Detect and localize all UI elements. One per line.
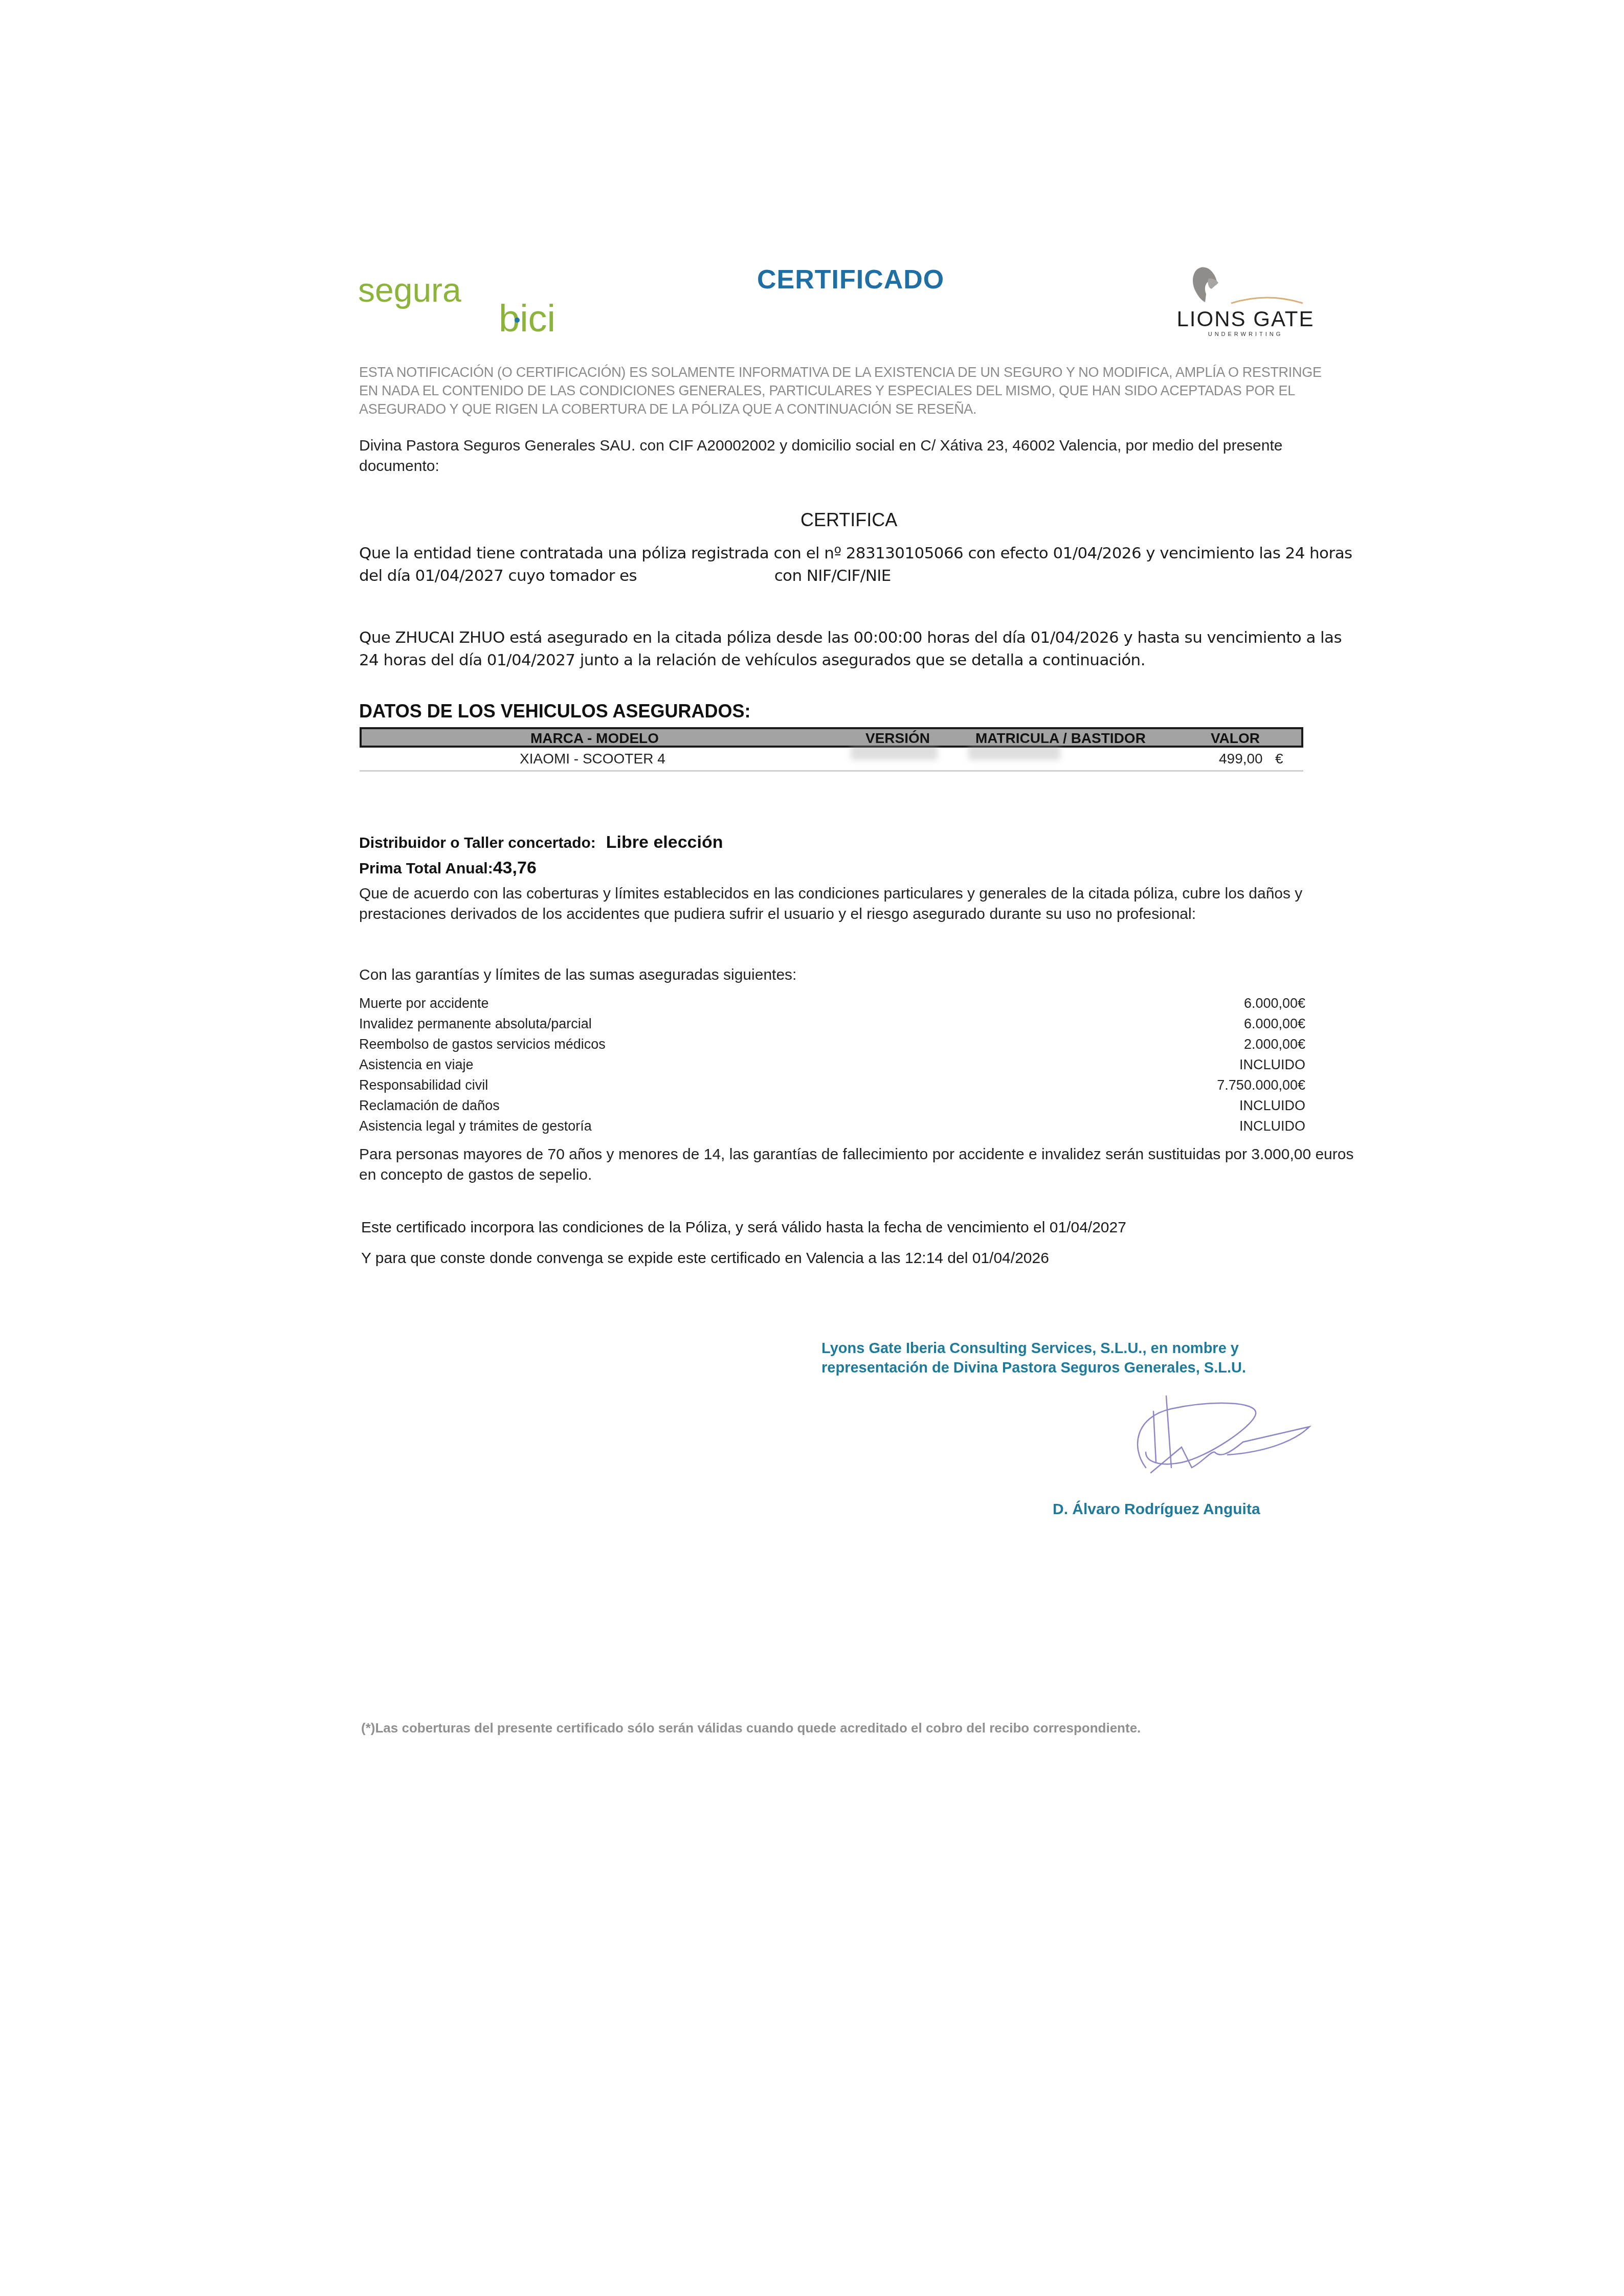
column-valor: VALOR — [1211, 730, 1260, 747]
guarantee-value: 7.750.000,00€ — [1217, 1075, 1305, 1095]
intro-text: Divina Pastora Seguros Generales SAU. co… — [359, 436, 1341, 477]
guarantee-label: Reclamación de daños — [359, 1095, 500, 1116]
lions-gate-subtitle: UNDERWRITING — [1161, 331, 1330, 337]
list-item: Reembolso de gastos servicios médicos2.0… — [359, 1034, 1305, 1054]
list-item: Asistencia en viajeINCLUIDO — [359, 1054, 1305, 1075]
distributor-value: Libre elección — [606, 832, 723, 852]
list-item: Reclamación de dañosINCLUIDO — [359, 1095, 1305, 1116]
certifica-heading: CERTIFICA — [800, 509, 897, 531]
redacted-holder — [641, 569, 769, 584]
coverage-intro: Que de acuerdo con las coberturas y lími… — [359, 884, 1362, 925]
guarantees-list: Muerte por accidente6.000,00€ Invalidez … — [359, 993, 1305, 1136]
svg-text:bici: bici — [499, 297, 555, 337]
column-marca-modelo: MARCA - MODELO — [530, 730, 659, 747]
guarantee-value: 2.000,00€ — [1244, 1034, 1305, 1054]
guarantees-title: Con las garantías y límites de las sumas… — [359, 966, 796, 984]
redacted-matricula — [968, 745, 1060, 760]
cell-currency: € — [1275, 751, 1283, 767]
svg-text:segura: segura — [358, 271, 461, 309]
list-item: Invalidez permanente absoluta/parcial6.0… — [359, 1014, 1305, 1034]
table-row: XIAOMI - SCOOTER 4 499,00 € — [360, 748, 1303, 772]
redacted-version — [851, 745, 938, 760]
age-note: Para personas mayores de 70 años y menor… — [359, 1144, 1362, 1185]
signer-name: D. Álvaro Rodríguez Anguita — [1053, 1501, 1260, 1518]
footnote: (*)Las coberturas del presente certifica… — [361, 1720, 1141, 1736]
guarantee-label: Responsabilidad civil — [359, 1075, 488, 1095]
premium-label: Prima Total Anual: — [359, 860, 493, 877]
horizon-arc-icon — [1229, 295, 1305, 304]
lions-gate-logo: LIONS GATE UNDERWRITING — [1161, 263, 1330, 353]
guarantee-value: INCLUIDO — [1239, 1116, 1305, 1136]
signatory-company: Lyons Gate Iberia Consulting Services, S… — [821, 1339, 1333, 1378]
guarantee-label: Reembolso de gastos servicios médicos — [359, 1034, 606, 1054]
vehicles-table: MARCA - MODELO VERSIÓN MATRICULA / BASTI… — [360, 727, 1303, 772]
vehicles-title: DATOS DE LOS VEHICULOS ASEGURADOS: — [359, 701, 750, 722]
validity-text: Este certificado incorpora las condicion… — [361, 1219, 1126, 1236]
list-item: Muerte por accidente6.000,00€ — [359, 993, 1305, 1014]
guarantee-value: INCLUIDO — [1239, 1054, 1305, 1075]
list-item: Responsabilidad civil7.750.000,00€ — [359, 1075, 1305, 1095]
guarantee-label: Asistencia en viaje — [359, 1054, 474, 1075]
guarantee-value: INCLUIDO — [1239, 1095, 1305, 1116]
lion-head-icon — [1186, 263, 1227, 304]
segurabici-logo: segura bici — [358, 271, 573, 337]
policy-text-nif: con NIF/CIF/NIE — [774, 567, 891, 585]
document-title: CERTIFICADO — [757, 264, 944, 295]
guarantee-label: Muerte por accidente — [359, 993, 489, 1014]
distributor-label: Distribuidor o Taller concertado: — [359, 835, 596, 851]
guarantee-label: Invalidez permanente absoluta/parcial — [359, 1014, 592, 1034]
insured-paragraph: Que ZHUCAI ZHUO está asegurado en la cit… — [359, 626, 1362, 671]
policy-paragraph: Que la entidad tiene contratada una póli… — [359, 542, 1362, 587]
cell-valor: 499,00 — [1219, 751, 1263, 767]
disclaimer-text: ESTA NOTIFICACIÓN (O CERTIFICACIÓN) ES S… — [359, 363, 1341, 418]
guarantee-value: 6.000,00€ — [1244, 993, 1305, 1014]
cell-marca-modelo: XIAOMI - SCOOTER 4 — [520, 751, 665, 767]
segurabici-logo-icon: segura bici — [358, 271, 573, 337]
premium-line: Prima Total Anual:43,76 — [359, 858, 537, 878]
issued-text: Y para que conste donde convenga se expi… — [361, 1250, 1049, 1267]
lions-gate-name: LIONS GATE — [1161, 308, 1330, 330]
guarantee-label: Asistencia legal y trámites de gestoría — [359, 1116, 592, 1136]
vehicles-table-header: MARCA - MODELO VERSIÓN MATRICULA / BASTI… — [360, 727, 1303, 748]
premium-value: 43,76 — [493, 858, 537, 877]
distributor-line: Distribuidor o Taller concertado:Libre e… — [359, 832, 723, 852]
handwritten-signature-icon — [1125, 1391, 1320, 1483]
list-item: Asistencia legal y trámites de gestoríaI… — [359, 1116, 1305, 1136]
guarantee-value: 6.000,00€ — [1244, 1014, 1305, 1034]
